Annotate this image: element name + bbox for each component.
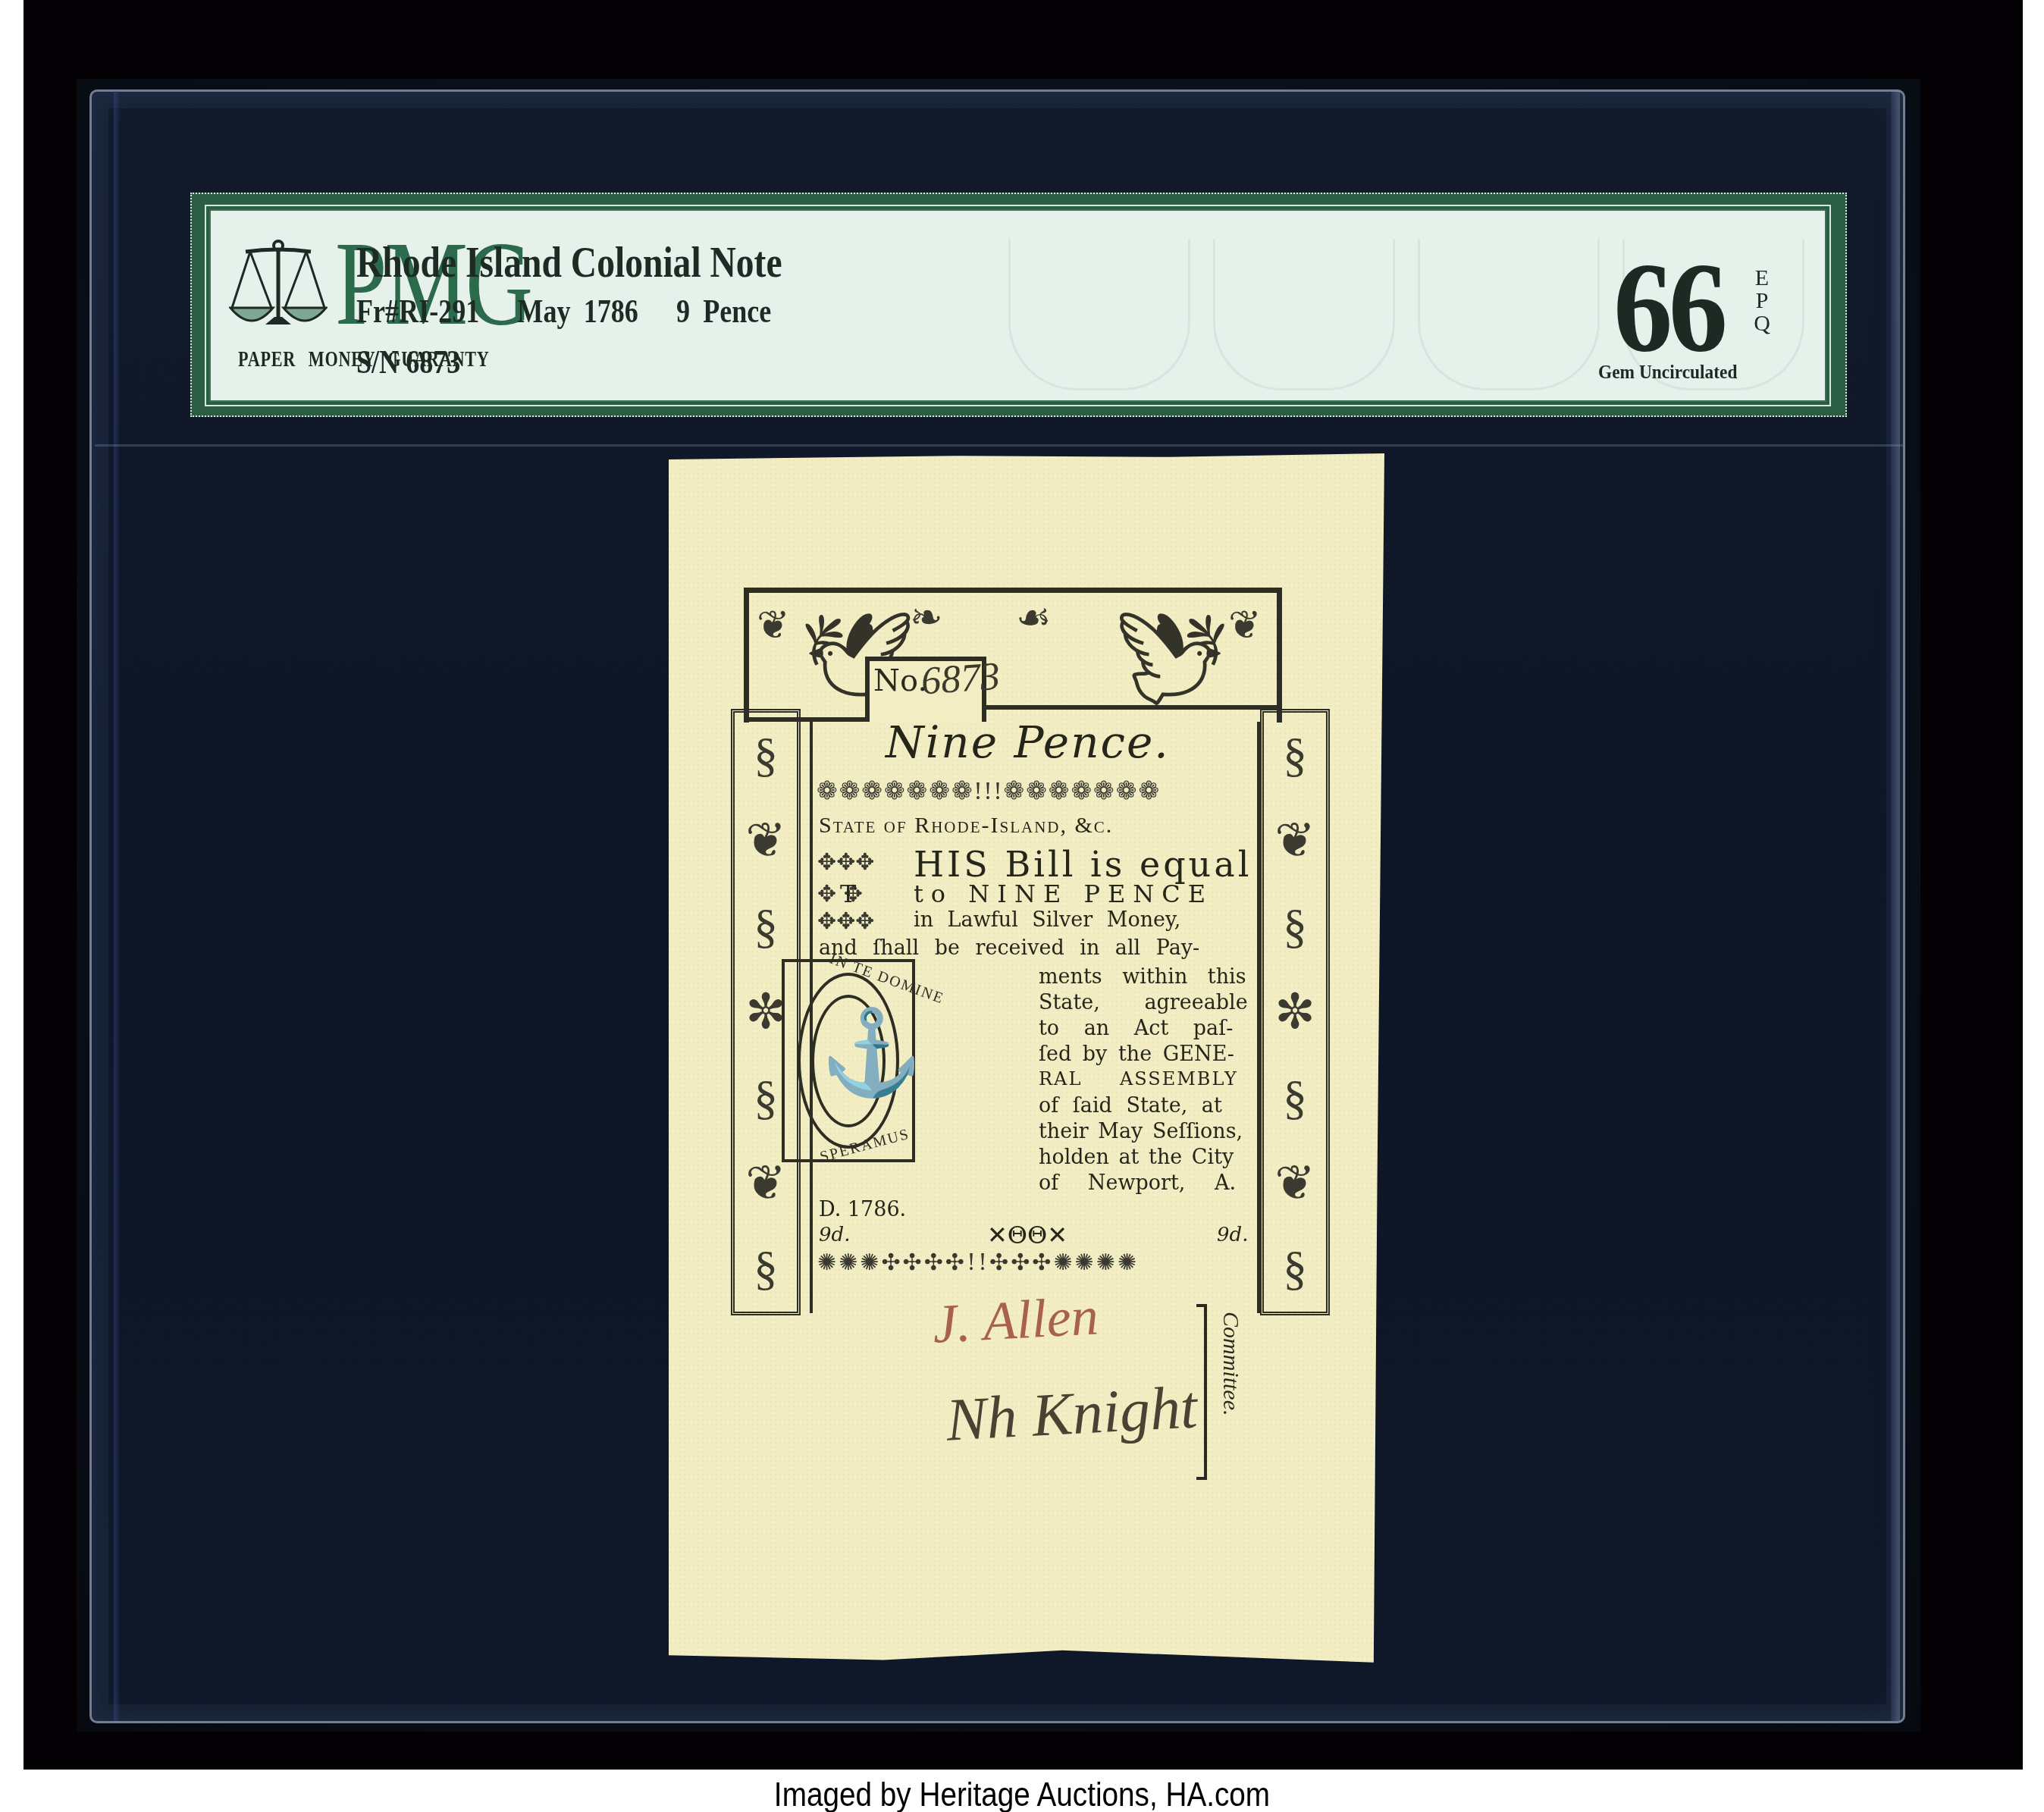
grade-number: 66 xyxy=(1613,243,1723,371)
serial-number: S/N 6873 xyxy=(356,343,460,381)
epq-designation: E P Q xyxy=(1750,267,1774,335)
scroll-ornament-icon: ❧ xyxy=(910,599,943,638)
fleuron-ornament-icon: ✥✥✥ xyxy=(817,849,874,876)
holder-edge-left xyxy=(114,91,120,1721)
anchor-icon: ⚓ xyxy=(820,1011,923,1095)
body-line-6: State, agreeable xyxy=(1039,991,1248,1014)
image-credit: Imaged by Heritage Auctions, HA.com xyxy=(123,1776,1921,1812)
scroll-ornament-icon: ❦ xyxy=(1228,607,1262,646)
fleuron-ornament-icon: ✥✥✥ xyxy=(817,908,874,935)
center-ornament: ✕ΘΘ✕ xyxy=(987,1221,1067,1249)
body-line-8: ſed by the GENE- xyxy=(1039,1042,1234,1066)
body-line-2: to NINE PENCE xyxy=(914,879,1213,908)
denomination: 9 Pence xyxy=(676,293,771,330)
signature-knight: Nh Knight xyxy=(945,1373,1199,1455)
body-line-1: HIS Bill is equal xyxy=(914,844,1252,885)
body-line-10: of ſaid State, at xyxy=(1039,1094,1222,1118)
committee-brace xyxy=(1196,1304,1207,1480)
note-heading: Nine Pence. xyxy=(886,716,1170,768)
scroll-ornament-icon: ❦ xyxy=(757,607,790,646)
signature-allen: J. Allen xyxy=(931,1284,1100,1356)
body-line-13: of Newport, A. xyxy=(1039,1171,1236,1195)
committee-label: Committee. xyxy=(1218,1312,1243,1415)
eagle-icon-right: 🕊 xyxy=(1114,614,1230,705)
issue-date: May 1786 xyxy=(517,293,638,330)
note-number-handwritten: 6873 xyxy=(920,654,1002,704)
holder-edge-right xyxy=(1891,91,1900,1721)
label-title: Rhode Island Colonial Note xyxy=(356,237,782,287)
label-details: Fr#RI-291 May 1786 9 Pence xyxy=(356,292,796,331)
body-line-5: ments within this xyxy=(1039,965,1246,989)
rosette-row-bottom: ✺✺✺✣✣✣✣!!✣✣✣✺✺✺✺ xyxy=(817,1249,1139,1276)
value-right: 9d. xyxy=(1217,1224,1248,1246)
body-line-7: to an Act paſ- xyxy=(1039,1017,1233,1040)
body-line-12: holden at the City xyxy=(1039,1146,1234,1169)
rosette-row-top: ❁❁❁❁❁❁❁!!!❁❁❁❁❁❁❁ xyxy=(817,776,1249,806)
drop-cap: T xyxy=(840,879,856,908)
body-line-11: their May Seſſions, xyxy=(1039,1120,1243,1143)
note-number-label: No. xyxy=(873,663,927,698)
scroll-ornament-icon: ☙ xyxy=(1016,599,1052,638)
catalog-number: Fr#RI-291 xyxy=(356,293,479,330)
body-line-4: and ſhall be received in all Pay- xyxy=(819,936,1199,960)
right-scroll-border: §❦§✼§❦§ xyxy=(1260,709,1330,1315)
body-line-14: D. 1786. xyxy=(819,1198,906,1221)
value-left: 9d. xyxy=(819,1224,850,1246)
body-line-9: RAL ASSEMBLY xyxy=(1039,1068,1238,1089)
grade-description: Gem Uncirculated xyxy=(1598,361,1737,384)
holder-seam xyxy=(95,444,1903,447)
state-line: State of Rhode-Island, &c. xyxy=(819,813,1113,839)
scales-of-justice-icon xyxy=(229,240,328,331)
body-line-3: in Lawful Silver Money, xyxy=(914,908,1180,932)
